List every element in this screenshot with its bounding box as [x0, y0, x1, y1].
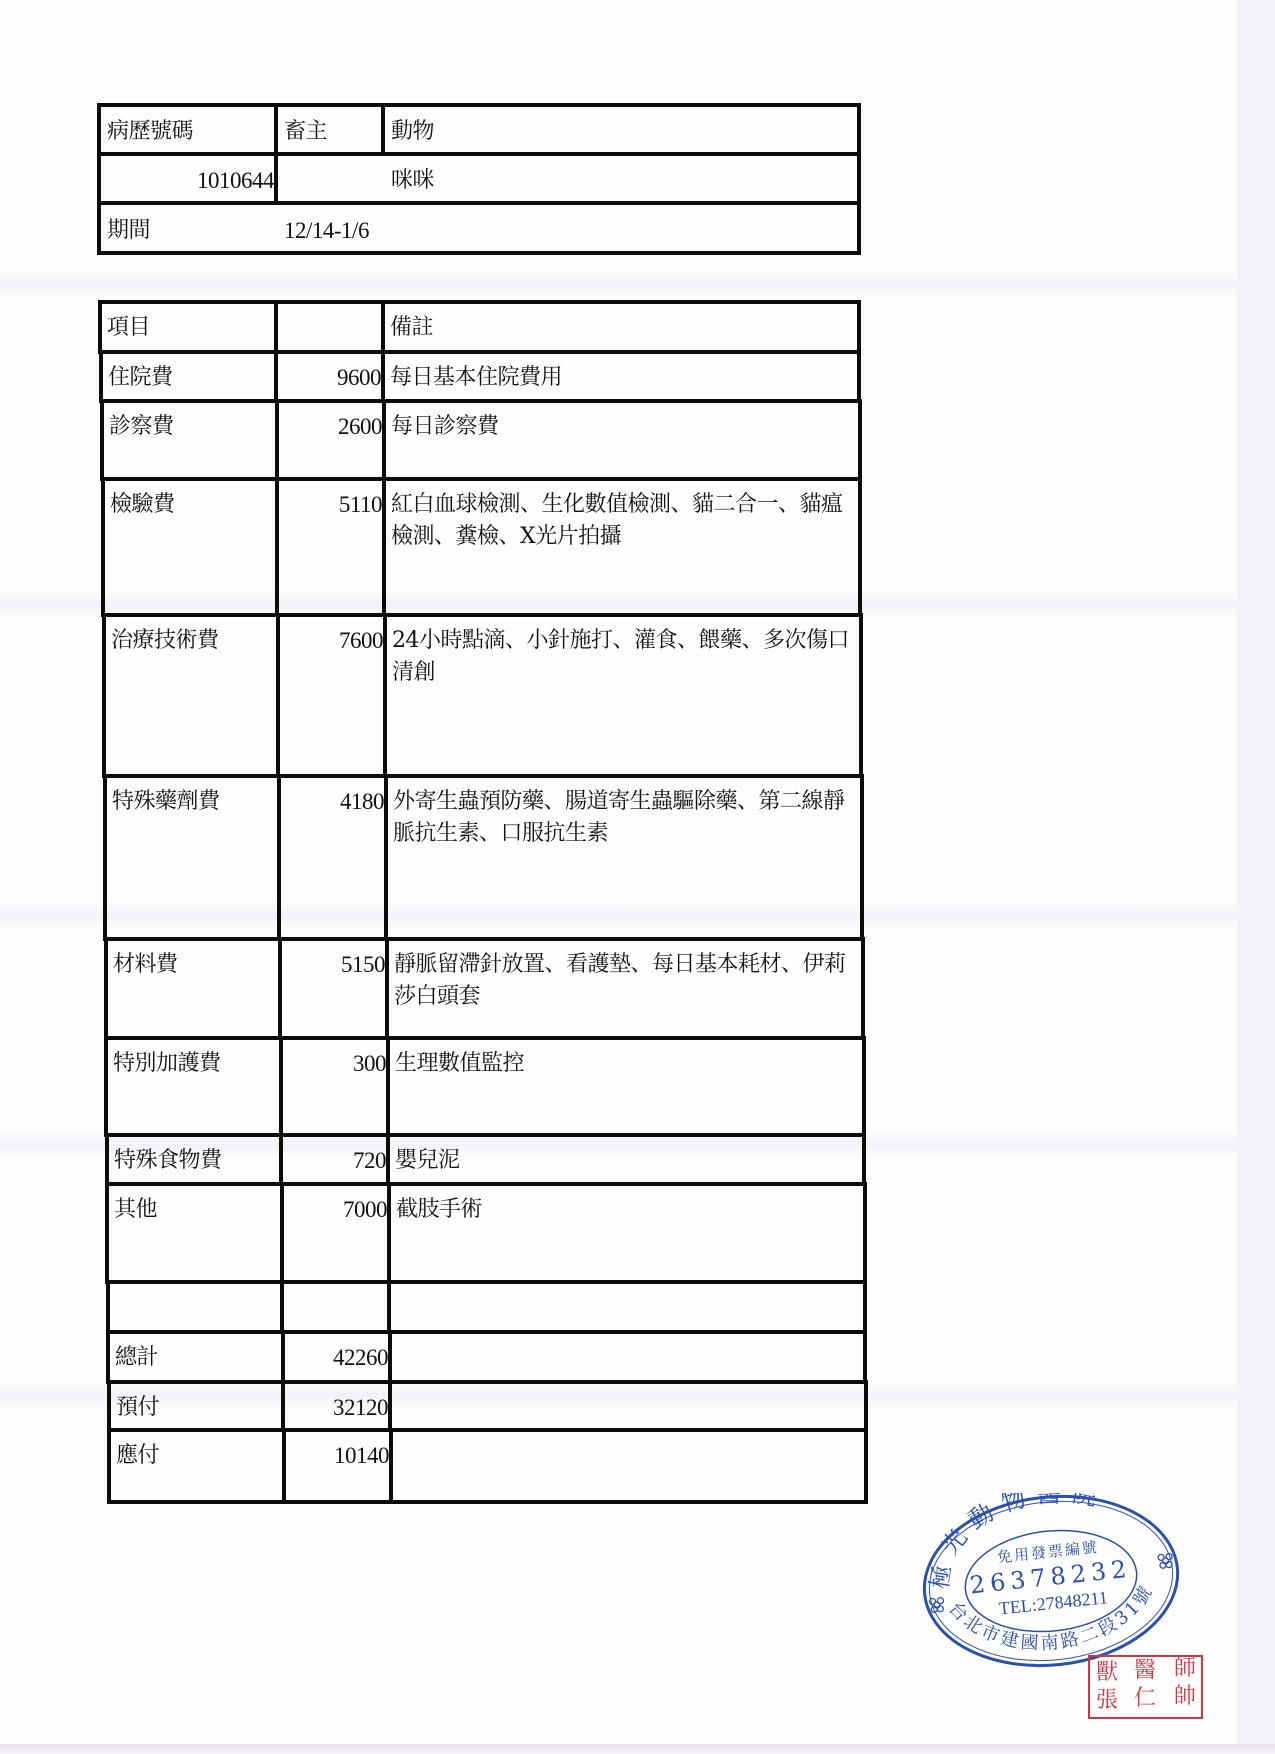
table-border	[106, 1280, 867, 1284]
fee-note: 每日基本住院費用	[384, 360, 856, 394]
table-border	[105, 1182, 867, 1186]
seal-char: 帥	[1174, 1685, 1196, 1709]
fee-item-label: 特殊藥劑費	[106, 784, 278, 818]
fee-amount: 4180	[280, 784, 385, 818]
paper-crease	[0, 270, 1237, 300]
fee-note: 生理數值監控	[389, 1046, 861, 1080]
fee-item-label	[109, 1290, 281, 1292]
fee-note	[391, 1390, 863, 1392]
scanned-page	[0, 0, 1237, 1744]
table-border	[98, 201, 860, 205]
table-border	[857, 300, 861, 354]
table-border	[104, 937, 865, 941]
period-value: 12/14-1/6	[278, 213, 578, 247]
table-border	[103, 774, 864, 778]
owner-value	[278, 163, 382, 165]
fee-item-label: 治療技術費	[105, 623, 277, 657]
fee-amount: 9600	[277, 360, 382, 394]
table-border	[861, 937, 865, 1040]
scan-margin	[1237, 0, 1275, 1754]
table-border	[864, 1428, 868, 1504]
table-border	[98, 103, 860, 107]
fee-item-label: 預付	[110, 1390, 282, 1424]
table-border	[100, 399, 862, 403]
column-header-note: 備註	[384, 310, 856, 344]
fee-note: 每日診察費	[385, 409, 857, 443]
hospital-stamp: 極光動物醫院 台北市建國南路二段31號 免用發票編號 26378232 TEL:…	[921, 1493, 1181, 1669]
table-border	[857, 103, 861, 255]
record-number-label: 病歷號碼	[101, 114, 275, 148]
table-border	[101, 477, 862, 481]
fee-amount	[283, 1290, 388, 1292]
fee-amount: 720	[282, 1143, 387, 1177]
table-border	[99, 350, 861, 354]
fee-item-label: 應付	[110, 1438, 283, 1472]
table-border	[107, 1500, 868, 1504]
seal-char: 張	[1096, 1689, 1118, 1713]
fee-item-label: 診察費	[103, 409, 276, 443]
table-border	[106, 1280, 110, 1334]
table-border	[863, 1182, 867, 1284]
fee-note	[391, 1340, 862, 1342]
table-border	[863, 1280, 867, 1334]
fee-amount: 42260	[284, 1340, 389, 1374]
fee-amount: 32120	[284, 1390, 389, 1424]
paper-crease	[0, 900, 1237, 930]
veterinarian-seal: 獸 醫 師 張 仁 帥	[1088, 1655, 1203, 1719]
fee-item-label: 其他	[108, 1192, 281, 1226]
table-border	[106, 1330, 867, 1334]
table-border	[859, 613, 863, 778]
fee-amount: 7000	[283, 1192, 388, 1226]
seal-char: 醫	[1134, 1659, 1156, 1683]
table-border	[105, 1133, 866, 1137]
table-border	[863, 1330, 867, 1384]
table-border	[864, 1380, 868, 1432]
owner-label: 畜主	[278, 114, 382, 148]
fee-item-label: 特別加護費	[107, 1046, 280, 1080]
seal-char: 獸	[1096, 1661, 1118, 1685]
fee-item-label: 特殊食物費	[108, 1143, 280, 1177]
fee-item-label: 住院費	[102, 360, 275, 394]
fee-item-label: 檢驗費	[104, 487, 276, 521]
seal-char: 師	[1174, 1657, 1196, 1681]
fee-amount: 5110	[278, 487, 383, 521]
fee-amount: 10140	[285, 1438, 390, 1472]
fee-amount: 5150	[281, 947, 386, 981]
fee-note	[390, 1290, 862, 1292]
period-label: 期間	[101, 213, 275, 247]
flower-ornament-icon	[929, 1597, 944, 1612]
table-border	[858, 477, 862, 617]
column-header-amount	[277, 310, 382, 312]
fee-amount: 300	[282, 1046, 387, 1080]
table-border	[98, 300, 861, 304]
fee-amount: 7600	[279, 623, 384, 657]
scan-bottom-edge	[0, 1744, 1275, 1754]
fee-note: 嬰兒泥	[389, 1143, 861, 1177]
fee-note: 紅白血球檢測、生化數值檢測、貓二合一、貓瘟檢測、糞檢、X光片拍攝	[385, 487, 857, 553]
table-border	[857, 350, 861, 403]
record-number-value: 1010644	[101, 163, 275, 197]
fee-item-label: 總計	[109, 1340, 282, 1374]
fee-note	[392, 1438, 863, 1440]
table-border	[280, 1280, 284, 1334]
fee-item-label: 材料費	[107, 947, 279, 981]
table-border	[860, 774, 864, 941]
table-border	[858, 399, 862, 481]
animal-name-value: 咪咪	[385, 163, 855, 197]
table-border	[98, 152, 860, 156]
table-border	[102, 613, 863, 617]
fee-note: 外寄生蟲預防藥、腸道寄生蟲驅除藥、第二線靜脈抗生素、口服抗生素	[387, 784, 859, 850]
fee-note: 24小時點滴、小針施打、灌食、餵藥、多次傷口清創	[386, 623, 858, 689]
fee-amount: 2600	[278, 409, 383, 443]
table-border	[98, 251, 860, 255]
seal-char: 仁	[1134, 1687, 1156, 1711]
table-border	[107, 1428, 868, 1432]
table-border	[104, 1036, 866, 1040]
table-border	[862, 1036, 866, 1137]
column-header-item: 項目	[101, 310, 275, 344]
table-border	[107, 1380, 868, 1384]
animal-label: 動物	[385, 114, 855, 148]
fee-note: 靜脈留滯針放置、看護墊、每日基本耗材、伊莉莎白頭套	[388, 947, 860, 1013]
table-border	[862, 1133, 866, 1186]
table-border	[387, 1280, 391, 1334]
fee-note: 截肢手術	[390, 1192, 862, 1226]
